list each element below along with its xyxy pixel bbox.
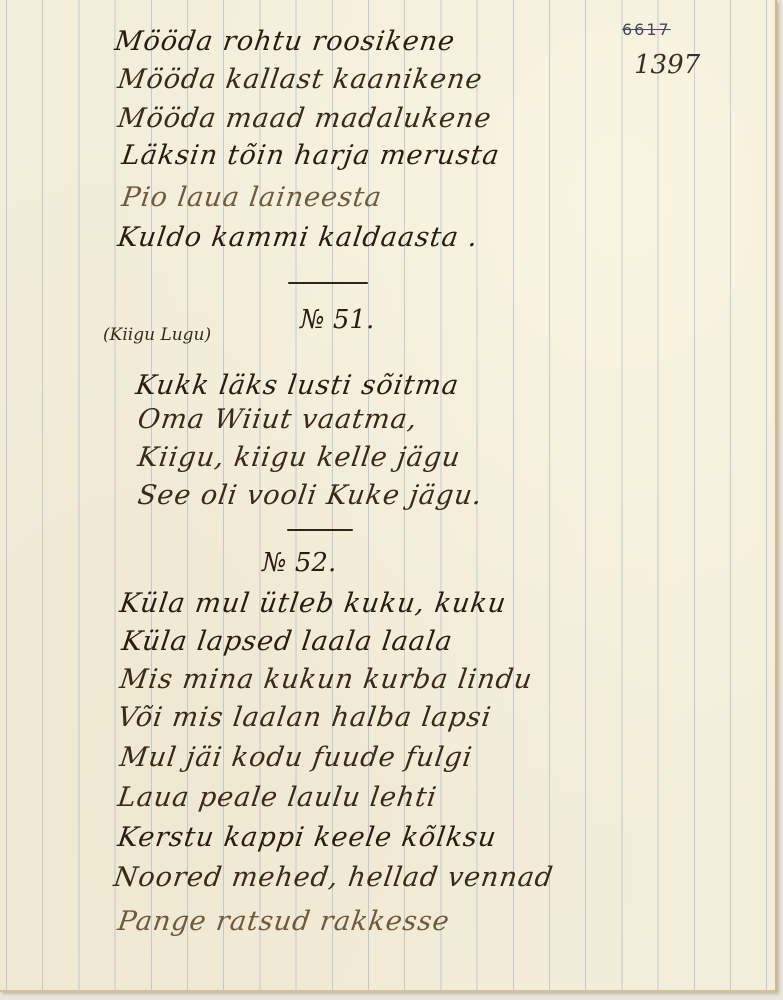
verse-line: Kerstu kappi keele kõlksu: [116, 822, 499, 853]
verse-line: Laua peale laulu lehti: [116, 782, 439, 813]
verse-line: Läksin tõin harja merusta: [120, 140, 502, 171]
verse-line: Noored mehed, hellad vennad: [112, 862, 556, 893]
verse-line: Pange ratsud rakkesse: [116, 906, 452, 937]
archive-number-struck: 6617: [622, 20, 671, 39]
verse-line: Mööda kallast kaanikene: [116, 64, 485, 95]
section-divider: [288, 282, 368, 284]
verse-line: Küla mul ütleb kuku, kuku: [118, 588, 509, 619]
section-divider: [287, 529, 353, 531]
song-number: № 52.: [262, 548, 336, 578]
verse-line: Mööda maad madalukene: [116, 103, 494, 134]
verse-line: Mööda rohtu roosikene: [113, 26, 457, 57]
verse-line: Oma Wiiut vaatma,: [136, 404, 420, 435]
song-number: № 51.: [300, 305, 374, 335]
verse-line: Pio laua laineesta: [120, 182, 384, 213]
verse-line: Kukk läks lusti sõitma: [134, 370, 461, 401]
verse-line: Kuldo kammi kaldaasta .: [116, 222, 481, 253]
manuscript-page: 6617 1397 Mööda rohtu roosikene Mööda ka…: [0, 0, 777, 992]
verse-line: Mul jäi kodu fuude fulgi: [118, 742, 475, 773]
verse-line: Küla lapsed laala laala: [120, 626, 455, 657]
archive-number: 1397: [634, 50, 700, 80]
verse-line: See oli vooli Kuke jägu.: [136, 480, 485, 511]
verse-line: Või mis laalan halba lapsi: [116, 702, 494, 733]
verse-line: Kiigu, kiigu kelle jägu: [136, 442, 463, 473]
verse-line: Mis mina kukun kurba lindu: [118, 664, 535, 695]
song-title-note: (Kiigu Lugu): [103, 325, 211, 345]
